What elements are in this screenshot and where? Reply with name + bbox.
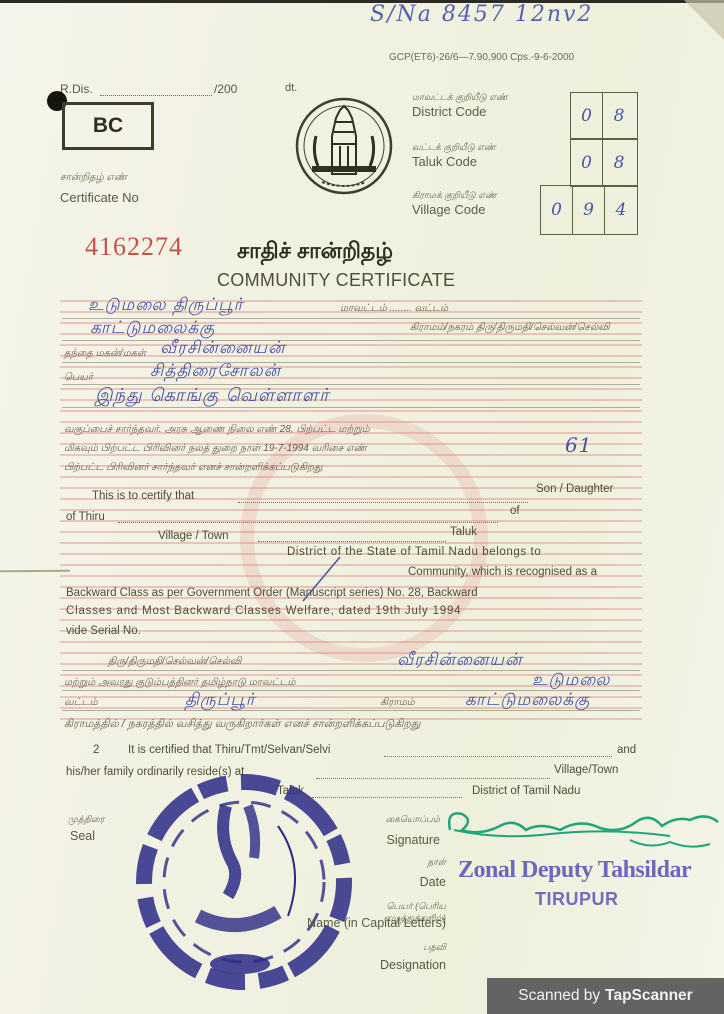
- certify-intro: This is to certify that: [92, 490, 194, 502]
- handwritten-entry: வீரசின்னையன்: [160, 338, 286, 360]
- date-label: Date: [336, 875, 446, 889]
- seal-label: Seal: [70, 829, 95, 843]
- scan-edge: [0, 0, 724, 3]
- print-code: GCP(ET6)-26/6—7.90,900 Cps.-9-6-2000: [389, 52, 574, 63]
- green-signature: [440, 800, 724, 860]
- page-corner: [684, 0, 724, 40]
- handwritten-entry: திருப்பூர்: [185, 690, 256, 712]
- village-code-digit: 9: [573, 186, 605, 234]
- page-title: COMMUNITY CERTIFICATE: [217, 270, 455, 291]
- name-label: Name (in Capital Letters): [266, 916, 446, 930]
- district-code-digit: 0: [571, 93, 603, 139]
- district-code-boxes: 0 8: [570, 92, 638, 140]
- handwritten-entry: சித்திரைசோலன்: [150, 361, 281, 383]
- certificate-no-label-ta: சான்றிதழ் எண்: [60, 172, 127, 184]
- village-town-label: Village / Town: [158, 530, 229, 542]
- taluk-code-digit: 8: [603, 139, 635, 186]
- community-line: Community, which is recognised as a: [408, 566, 597, 578]
- tamil-printed-line: கிராமம்: [380, 697, 415, 709]
- taluk-code-row: வட்டக் குறியீடு எண் Taluk Code: [412, 142, 542, 169]
- tamil-printed-line: திரு/திருமதி/செல்வன்/செல்வி: [108, 656, 241, 668]
- category-badge: BC: [62, 102, 154, 150]
- date-label-ta: நாள்: [336, 857, 446, 869]
- handwritten-entry: வீரசின்னையன்: [397, 650, 523, 672]
- seal-label-ta: முத்திரை: [68, 814, 104, 826]
- go-line: Backward Class as per Government Order (…: [66, 587, 478, 599]
- district-code-row: மாவட்டக் குறியீடு எண் District Code: [412, 92, 542, 119]
- officer-stamp-place: TIRUPUR: [535, 889, 619, 910]
- district-label: District of Tamil Nadu: [472, 785, 580, 797]
- handwritten-entry: காட்டுமலைக்கு: [90, 318, 215, 340]
- of-label: of: [510, 505, 520, 517]
- serial-no-label: vide Serial No.: [66, 625, 141, 637]
- pen-stroke-mark: [295, 555, 345, 605]
- paragraph-number: 2: [93, 744, 99, 756]
- handwritten-community: இந்து கொங்கு வெள்ளாளர்: [95, 385, 329, 408]
- ref-year: /200: [214, 82, 237, 96]
- welfare-line: Classes and Most Backward Classes Welfar…: [66, 605, 461, 617]
- ref-dt: dt.: [285, 82, 297, 94]
- village-code-label-ta: கிராமக் குறியீடு எண்: [412, 190, 542, 202]
- village-code-boxes: 0 9 4: [540, 185, 638, 235]
- tamil-printed-line: வகுப்பைச் சார்ந்தவர். அரசு ஆணை நிலை எண் …: [64, 424, 370, 436]
- serial-number: 4162274: [85, 232, 183, 262]
- designation-label: Designation: [336, 958, 446, 972]
- signature-label: Signature: [330, 833, 440, 847]
- village-code-digit: 4: [605, 186, 637, 234]
- district-code-label-ta: மாவட்டக் குறியீடு எண்: [412, 92, 542, 104]
- tamil-printed-line: வட்டம்: [64, 697, 98, 709]
- scanner-watermark: Scanned by TapScanner: [487, 978, 724, 1014]
- taluk-code-label: Taluk Code: [412, 154, 542, 169]
- son-daughter-label: Son / Daughter: [536, 483, 613, 495]
- signature-label-ta: கையொப்பம்: [330, 814, 440, 826]
- title-tamil: சாதிச் சான்றிதழ்: [237, 238, 393, 267]
- taluk-code-digit: 0: [571, 139, 603, 186]
- tamil-printed-line: மிகவும் பிற்பட்ட பிரிவினர் நலத் துறை நாள…: [64, 443, 367, 455]
- certified-line: It is certified that Thiru/Tmt/Selvan/Se…: [128, 744, 330, 756]
- designation-label-ta: பதவி: [336, 942, 446, 954]
- ref-blank: [100, 95, 212, 96]
- taluk-label: Taluk: [450, 526, 477, 538]
- handwritten-serial: 61: [565, 433, 592, 457]
- village-code-digit: 0: [541, 186, 573, 234]
- certificate-no-label: Certificate No: [60, 190, 139, 205]
- watermark-prefix: Scanned by: [518, 987, 600, 1005]
- village-code-label: Village Code: [412, 202, 542, 217]
- tamil-printed-line: தந்தை மகன்/மகள்: [64, 348, 146, 360]
- tamil-printed-line: பெயர்: [64, 372, 93, 384]
- handwritten-entry: உடுமலை: [532, 670, 610, 692]
- district-code-label: District Code: [412, 104, 542, 119]
- tamil-printed-line: பிற்பட்ட பிரிவினர் சார்ந்தவர் எனச் சான்ற…: [64, 462, 322, 474]
- village-code-row: கிராமக் குறியீடு எண் Village Code: [412, 190, 542, 217]
- handwritten-entry: உடுமலை திருப்பூர்: [88, 295, 243, 317]
- tamil-printed-line: மற்றும் அவரது குடும்பத்தினர் தமிழ்நாடு ம…: [64, 677, 296, 689]
- and-label: and: [617, 744, 636, 756]
- tamil-nadu-emblem-icon: [292, 96, 396, 196]
- of-thiru-label: of Thiru: [66, 511, 105, 523]
- tamil-printed-line: கிராமத்தில் / நகரத்தில் வசித்து வருகிறார…: [64, 718, 420, 732]
- round-office-seal-icon: [128, 766, 360, 998]
- tamil-printed-line: கிராமம்/நகரம் திரு/திருமதி/செல்வன்/செல்வ…: [410, 322, 610, 334]
- taluk-code-label-ta: வட்டக் குறியீடு எண்: [412, 142, 542, 154]
- officer-stamp-title: Zonal Deputy Tahsildar: [458, 857, 691, 884]
- district-code-digit: 8: [603, 93, 635, 139]
- handwritten-reference: S/Na 8457 12nv2: [370, 2, 593, 27]
- handwritten-entry: காட்டுமலைக்கு: [465, 690, 590, 712]
- tamil-printed-line: மாவட்டம் ........ வட்டம்: [340, 303, 448, 315]
- taluk-code-boxes: 0 8: [570, 138, 638, 187]
- village-town-label-2: Village/Town: [554, 764, 618, 776]
- watermark-brand: TapScanner: [605, 987, 693, 1005]
